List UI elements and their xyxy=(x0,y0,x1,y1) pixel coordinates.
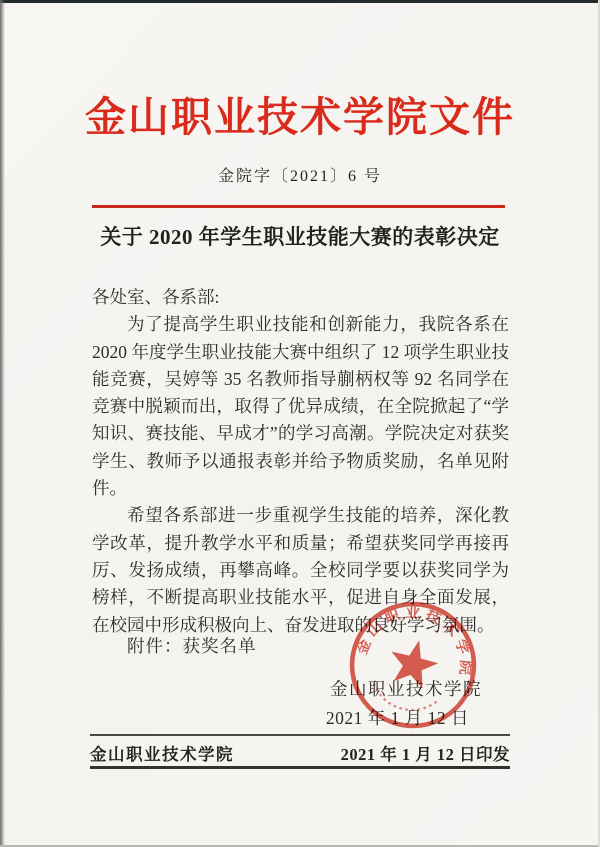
red-divider-rule xyxy=(92,205,505,208)
document-body: 各处室、各系部: 为了提高学生职业技能和创新能力，我院各系在 2020 年度学生… xyxy=(92,284,509,639)
signature-date: 2021 年 1 月 12 日 xyxy=(326,705,469,730)
body-paragraph-2: 希望各系部进一步重视学生技能的培养，深化教学改革，提升教学水平和质量；希望获奖同… xyxy=(92,502,509,638)
footer-issuing-org: 金山职业技术学院 xyxy=(90,741,234,765)
document-number: 金院字〔2021〕6 号 xyxy=(0,163,600,186)
document-page: 金山职业技术学院文件 金院字〔2021〕6 号 关于 2020 年学生职业技能大… xyxy=(0,0,600,847)
footer-rule-bottom xyxy=(90,766,510,769)
scan-edge-top xyxy=(0,0,600,3)
attachment-note: 附件：获奖名单 xyxy=(92,633,509,658)
body-paragraph-1: 为了提高学生职业技能和创新能力，我院各系在 2020 年度学生职业技能大赛中组织… xyxy=(92,311,509,502)
letterhead-org-title: 金山职业技术学院文件 xyxy=(0,84,600,143)
footer-print-date: 2021 年 1 月 12 日印发 xyxy=(341,741,510,765)
document-title: 关于 2020 年学生职业技能大赛的表彰决定 xyxy=(0,221,600,251)
signature-org: 金山职业技术学院 xyxy=(330,676,482,701)
salutation: 各处室、各系部: xyxy=(92,284,509,311)
footer: 金山职业技术学院 2021 年 1 月 12 日印发 xyxy=(90,741,510,765)
footer-rule-top xyxy=(90,734,510,736)
